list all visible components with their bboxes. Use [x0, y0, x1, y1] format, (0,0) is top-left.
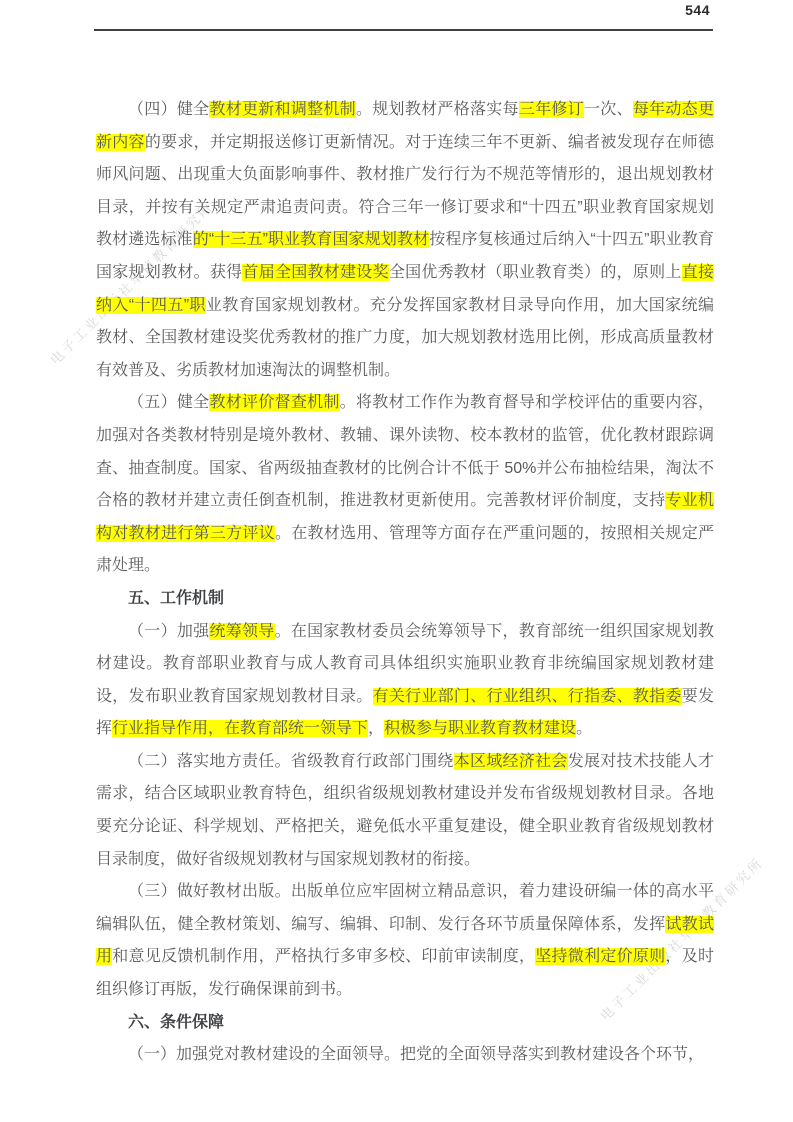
text-run: 和意见反馈机制作用，严格执行多审多校、印前审读制度，	[112, 948, 535, 965]
text-run: 五、工作机制	[128, 590, 224, 607]
text-run: （一）加强党对教材建设的全面领导。把党的全面领导落实到教材建设各个环节，	[128, 1046, 704, 1063]
text-run: 六、条件保障	[128, 1014, 224, 1031]
highlight-run: 本区域经济社会	[454, 753, 568, 770]
text-run: （五）健全	[128, 394, 209, 411]
text-run: 全国优秀教材（职业教育类）的，原则上	[389, 264, 682, 281]
paragraph: （四）健全教材更新和调整机制。规划教材严格落实每三年修订一次、每年动态更新内容的…	[96, 94, 714, 387]
highlight-run: 教材评价督查机制	[209, 394, 339, 411]
text-run: 一次、	[584, 101, 633, 118]
text-run: ，	[368, 720, 384, 737]
paragraph: （一）加强党对教材建设的全面领导。把党的全面领导落实到教材建设各个环节，	[96, 1039, 714, 1072]
highlight-run: 行业指导作用，在教育部统一领导下	[112, 720, 368, 737]
highlight-run: 教材更新和调整机制	[209, 101, 356, 118]
document-page: 544 电子工业出版社华信教育研究所 电子工业出版社华信教育研究所 （四）健全教…	[0, 0, 793, 1122]
highlight-run: 首届全国教材建设奖	[242, 264, 388, 281]
highlight-run: 三年修订	[519, 101, 584, 118]
text-run: 。将教材工作作为教育督导和学校评估的重要内容，加强对各类教材特别是境外教材、教辅…	[96, 394, 714, 509]
paragraph: （五）健全教材评价督查机制。将教材工作作为教育督导和学校评估的重要内容，加强对各…	[96, 387, 714, 583]
text-run: 。规划教材严格落实每	[356, 101, 519, 118]
highlight-run: 统筹领导	[209, 623, 274, 640]
highlight-run: 的“十三五”职业教育国家规划教材	[193, 231, 430, 248]
paragraph: （二）落实地方责任。省级教育行政部门围绕本区域经济社会发展对技术技能人才需求，结…	[96, 746, 714, 876]
header-rule	[94, 29, 713, 31]
section-heading: 六、条件保障	[96, 1007, 714, 1040]
text-run: 发展对技术技能人才需求，结合区域职业教育特色，组织省级规划教材建设并发布省级规划…	[96, 753, 714, 868]
highlight-run: 有关行业部门、行业组织、行指委、教指委	[373, 688, 682, 705]
paragraph: （三）做好教材出版。出版单位应牢固树立精品意识，着力建设研编一体的高水平编辑队伍…	[96, 876, 714, 1006]
text-run: （二）落实地方责任。省级教育行政部门围绕	[128, 753, 454, 770]
text-run: （三）做好教材出版。出版单位应牢固树立精品意识，着力建设研编一体的高水平编辑队伍…	[96, 883, 714, 933]
highlight-run: 积极参与职业教育教材建设	[384, 720, 576, 737]
text-run: （一）加强	[128, 623, 209, 640]
page-number: 544	[685, 2, 710, 18]
highlight-run: 坚持微利定价原则	[535, 948, 665, 965]
paragraph: （一）加强统筹领导。在国家教材委员会统筹领导下，教育部统一组织国家规划教材建设。…	[96, 616, 714, 746]
document-body: （四）健全教材更新和调整机制。规划教材严格落实每三年修订一次、每年动态更新内容的…	[96, 94, 714, 1072]
text-run: （四）健全	[128, 101, 209, 118]
text-run: 。	[576, 720, 592, 737]
section-heading: 五、工作机制	[96, 583, 714, 616]
